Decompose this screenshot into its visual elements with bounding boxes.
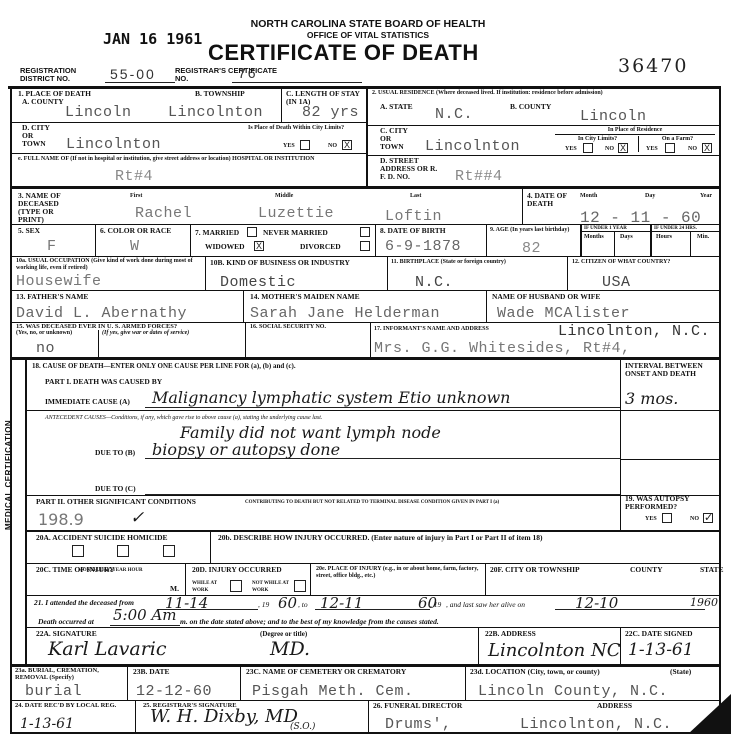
registrar-cert-value: 76 [238, 65, 258, 81]
cemetery-field[interactable]: Pisgah Meth. Cem. [252, 683, 414, 700]
frame-top [8, 86, 721, 89]
informant-address-field[interactable]: Lincolnton, N.C. [558, 323, 710, 340]
res-county-label: b. COUNTY [510, 103, 551, 111]
married-checkbox[interactable] [247, 227, 257, 237]
physician-signature[interactable]: Karl Lavaric [48, 638, 167, 660]
first-name-field[interactable]: Rachel [135, 205, 192, 222]
office-name: OFFICE OF VITAL STATISTICS [218, 30, 518, 40]
registrar-cert-label: REGISTRAR'S CERTIFICATE NO. [175, 67, 285, 83]
armed-forces-field[interactable]: no [36, 340, 55, 357]
mother-name-field[interactable]: Sarah Jane Helderman [250, 305, 440, 322]
interval-field[interactable]: 3 mos. [625, 389, 678, 408]
last-saw-year-field[interactable]: 1960 [690, 596, 718, 609]
within-limits-label: Is Place of Death Within City Limits? [248, 125, 363, 132]
res-county-field[interactable]: Lincoln [580, 108, 647, 125]
father-name-field[interactable]: David L. Abernathy [16, 305, 187, 322]
usual-residence-label: 2. USUAL RESIDENCE (Where deceased lived… [372, 90, 717, 97]
res-state-field[interactable]: N.C. [435, 106, 473, 123]
informant-name-field[interactable]: Mrs. G.G. Whitesides, Rt#4, [374, 340, 631, 357]
business-field[interactable]: Domestic [220, 274, 296, 291]
board-name: NORTH CAROLINA STATE BOARD OF HEALTH [218, 18, 518, 30]
birthplace-field[interactable]: N.C. [415, 274, 453, 291]
attended-year1-field[interactable]: 60 [278, 594, 297, 612]
part2-check-mark: ✓ [130, 508, 144, 528]
injury-description-field[interactable] [218, 545, 713, 561]
death-county-field[interactable]: Lincoln [65, 104, 132, 121]
autopsy-no-checkbox[interactable]: ✓ [703, 513, 713, 523]
page-title: CERTIFICATE OF DEATH [208, 40, 479, 66]
reg-district-value: 55-00 [110, 66, 156, 82]
race-field[interactable]: W [130, 238, 140, 255]
attended-to-field[interactable]: 12-11 [320, 594, 363, 612]
death-city-field[interactable]: Lincolnton [66, 136, 161, 153]
within-limits-no-checkbox[interactable]: X [342, 140, 352, 150]
never-married-checkbox[interactable] [360, 227, 370, 237]
age-field[interactable]: 82 [522, 240, 541, 257]
name-label: 3. NAME OF DECEASED (Type or Print) [18, 192, 78, 224]
in-city-yes-checkbox[interactable] [583, 143, 593, 153]
sex-field[interactable]: F [47, 238, 57, 255]
res-state-label: a. STATE [380, 103, 413, 111]
homicide-checkbox[interactable] [163, 545, 175, 557]
date-received-field[interactable]: 1-13-61 [20, 716, 74, 732]
funeral-director-field[interactable]: Drums', [385, 716, 452, 733]
part2-conditions-field[interactable]: 198.9 [38, 510, 84, 529]
on-farm-yes-checkbox[interactable] [665, 143, 675, 153]
res-city-field[interactable]: Lincolnton [425, 138, 520, 155]
state-file-number: 36470 [618, 55, 688, 77]
medical-side-border [25, 360, 27, 664]
within-limits-yes-checkbox[interactable] [300, 140, 310, 150]
attended-year2-field[interactable]: 60 [418, 594, 437, 612]
physician-address[interactable]: Lincolnton NC [488, 640, 620, 661]
last-saw-alive-field[interactable]: 12-10 [575, 594, 618, 612]
not-at-work-checkbox[interactable] [294, 580, 306, 592]
time-of-death-field[interactable]: 5:00 Am [113, 606, 177, 624]
spouse-name-field[interactable]: Wade MCAlister [497, 305, 630, 322]
cause-of-death-label: 18. CAUSE OF DEATH—ENTER ONLY ONE CAUSE … [32, 362, 296, 370]
dod-label: 4. DATE OF DEATH [527, 192, 567, 208]
date-signed-field[interactable]: 1-13-61 [628, 640, 694, 660]
autopsy-yes-checkbox[interactable] [662, 513, 672, 523]
middle-name-field[interactable]: Luzettie [258, 205, 334, 222]
ssn-field[interactable] [250, 338, 365, 352]
reg-district-label: REGISTRATION DISTRICT NO. [20, 67, 105, 83]
registrar-signature[interactable]: W. H. Dixby, MD [150, 706, 298, 727]
immediate-cause-field[interactable]: Malignancy lymphatic system Etio unknown [152, 388, 510, 407]
county-label: a. COUNTY [22, 98, 64, 106]
burial-method-field[interactable]: burial [25, 683, 82, 700]
last-name-field[interactable]: Loftin [385, 208, 442, 225]
date-of-birth-field[interactable]: 6-9-1878 [385, 238, 461, 255]
citizen-field[interactable]: USA [602, 274, 631, 291]
page-corner-shadow [688, 694, 731, 734]
due-to-b-field[interactable]: biopsy or autopsy done [152, 440, 340, 459]
divorced-checkbox[interactable] [360, 241, 370, 251]
accident-checkbox[interactable] [72, 545, 84, 557]
due-to-c-field[interactable] [150, 480, 615, 494]
burial-date-field[interactable]: 12-12-60 [136, 683, 212, 700]
township-label: b. TOWNSHIP [195, 90, 245, 98]
in-city-no-checkbox[interactable]: X [618, 143, 628, 153]
suicide-checkbox[interactable] [117, 545, 129, 557]
death-township-field[interactable]: Lincolnton [168, 104, 263, 121]
registrar-signature-note: (S.O.) [290, 722, 315, 732]
street-field[interactable]: Rt##4 [455, 168, 503, 185]
burial-location-field[interactable]: Lincoln County, N.C. [478, 683, 668, 700]
length-of-stay-field[interactable]: 82 yrs [302, 104, 359, 121]
funeral-address-field[interactable]: Lincolnton, N.C. [520, 716, 672, 733]
on-farm-no-checkbox[interactable]: X [702, 143, 712, 153]
received-date-stamp: JAN 16 1961 [103, 30, 202, 48]
medical-certification-label: MEDICAL CERTIFICATION [4, 410, 13, 530]
hospital-label: e. FULL NAME OF (If not in hospital or i… [18, 156, 358, 163]
city-label: d. CITY OR TOWN [22, 124, 52, 148]
physician-degree[interactable]: MD. [270, 638, 310, 660]
occupation-field[interactable]: Housewife [16, 273, 102, 290]
widowed-checkbox[interactable]: X [254, 241, 264, 251]
street-label: d. STREET ADDRESS or R. F. D. NO. [380, 157, 440, 181]
hospital-field[interactable]: Rt#4 [115, 168, 153, 185]
res-city-label: c. CITY OR TOWN [380, 127, 410, 151]
while-at-work-checkbox[interactable] [230, 580, 242, 592]
